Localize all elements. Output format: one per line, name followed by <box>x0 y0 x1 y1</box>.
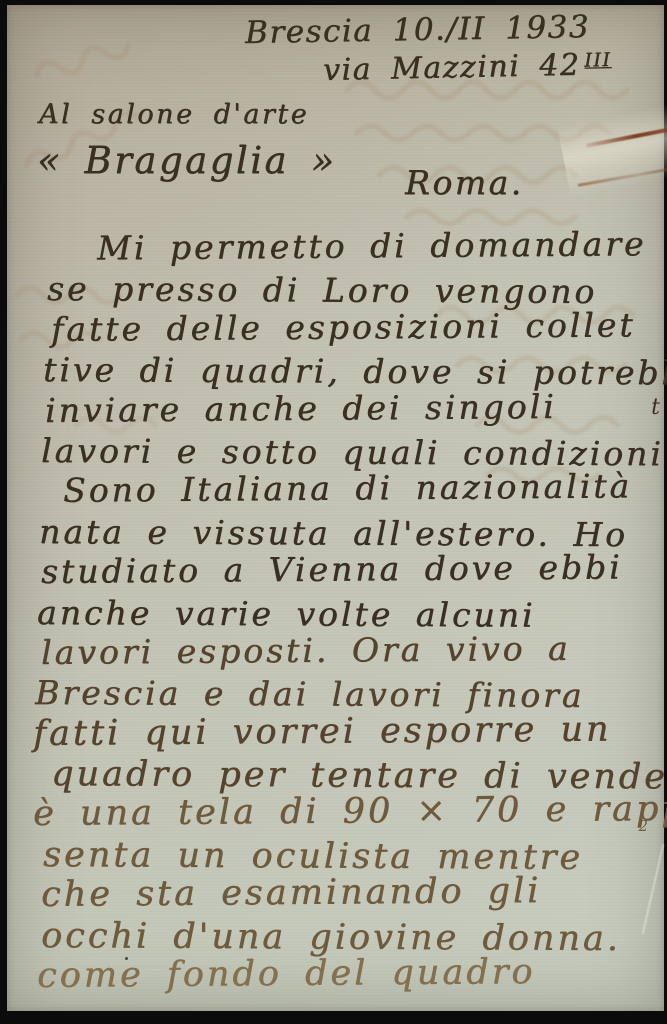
letter-line: studiato a Vienna dove ebbi <box>33 547 664 592</box>
street-address: via Mazzini 42 <box>323 48 581 88</box>
letter-body: Mi permetto di domandare se presso di Lo… <box>33 229 664 996</box>
letter-page: Brescia 10./II 1933 via Mazzini 42III Al… <box>7 5 664 1011</box>
margin-letter: t <box>651 395 660 420</box>
letter-line: inviare anche dei singoli <box>33 386 664 431</box>
letter-line: che sta esaminando gli <box>33 870 664 915</box>
letter-line: Sono Italiana di nazionalità <box>33 466 664 511</box>
recipient-name: « Bragaglia » <box>37 139 336 182</box>
floor-superscript: III <box>584 49 611 72</box>
letter-line: come fondo del quadro <box>33 951 664 996</box>
street-address-line: via Mazzini 42III <box>323 47 612 88</box>
place-date-line: Brescia 10./II 1933 <box>245 9 591 51</box>
letter-line: fatti qui vorrei esporre un <box>33 709 664 754</box>
letter-line: fatte delle esposizioni collet <box>33 305 664 350</box>
recipient-line: Al salone d'arte <box>39 99 309 130</box>
margin-number: 2 <box>638 817 648 835</box>
photo-frame: Brescia 10./II 1933 via Mazzini 42III Al… <box>0 0 667 1024</box>
letter-line: Mi permetto di domandare <box>33 224 664 269</box>
letter-line: è una tela di 90 × 70 e rappre <box>33 790 664 835</box>
letter-line: lavori esposti. Ora vivo a <box>33 628 664 673</box>
recipient-city: Roma. <box>405 163 524 202</box>
paper-fold <box>557 102 667 199</box>
